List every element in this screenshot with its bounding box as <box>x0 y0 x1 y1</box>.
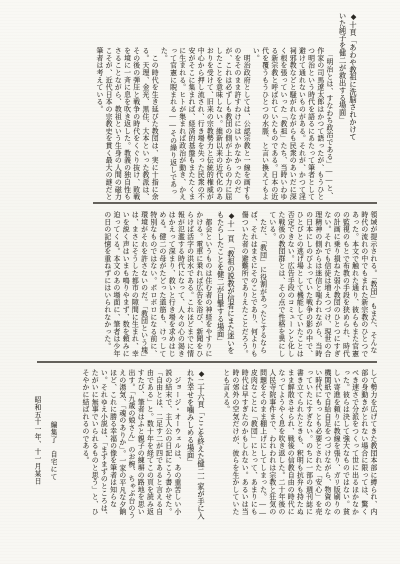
section-p26-marker: ◆二十六頁 <box>197 369 206 408</box>
section-p10-body-part1: 「明治とは、すなわち政治である」――と、作家の司馬遼太郎はかつて語ったが、もうひ… <box>93 47 333 201</box>
tier-divider-2 <box>37 361 377 363</box>
section-p11-header: ◆十一頁「教祖の説教が信者にまた迷いをもたらしたことを健二が目撃する場面」 <box>214 211 236 359</box>
colophon-date-line: 昭和五十一年、十一月某日 <box>30 396 41 520</box>
section-p11-body-part1: 都会というものは住む者の神経をやすりにかける。電車に乗れば広告を浴び、新聞をひら… <box>93 211 212 359</box>
section-p10-marker: ◆十頁 <box>349 12 358 36</box>
section-p26-header: ◆二十六頁「ここを終えた健二一家が手に入れた幸せを噛みしめる場面」 <box>184 369 206 520</box>
tier-divider-1 <box>93 202 377 204</box>
section-p11-marker: ◆十一頁 <box>227 211 236 243</box>
section-p10-body-part2: 領域が提示される。「教団」もまた、そんな時代の流れの中でもまれた新宗教のひとつで… <box>237 211 377 359</box>
section-p11-body-part2: して勢力を広げてきた教団本部に縛られ、内部の身動きがとれない場合に限っては、驚く… <box>209 369 377 520</box>
section-p26-body: ジョージ・オーウェルは、あの重苦しい小説の結末で、主人公の日記にこう書かせた。「… <box>60 369 181 520</box>
scanned-page: ◆十頁「あわや教祖に洗脳されかけていた純子を健二が救出する場面」 「明治とは、す… <box>0 0 400 564</box>
section-p10-header: ◆十頁「あわや教祖に洗脳されかけていた純子を健二が救出する場面」 <box>336 12 358 142</box>
colophon-place-line: 編集了 自宅にて <box>46 421 57 517</box>
